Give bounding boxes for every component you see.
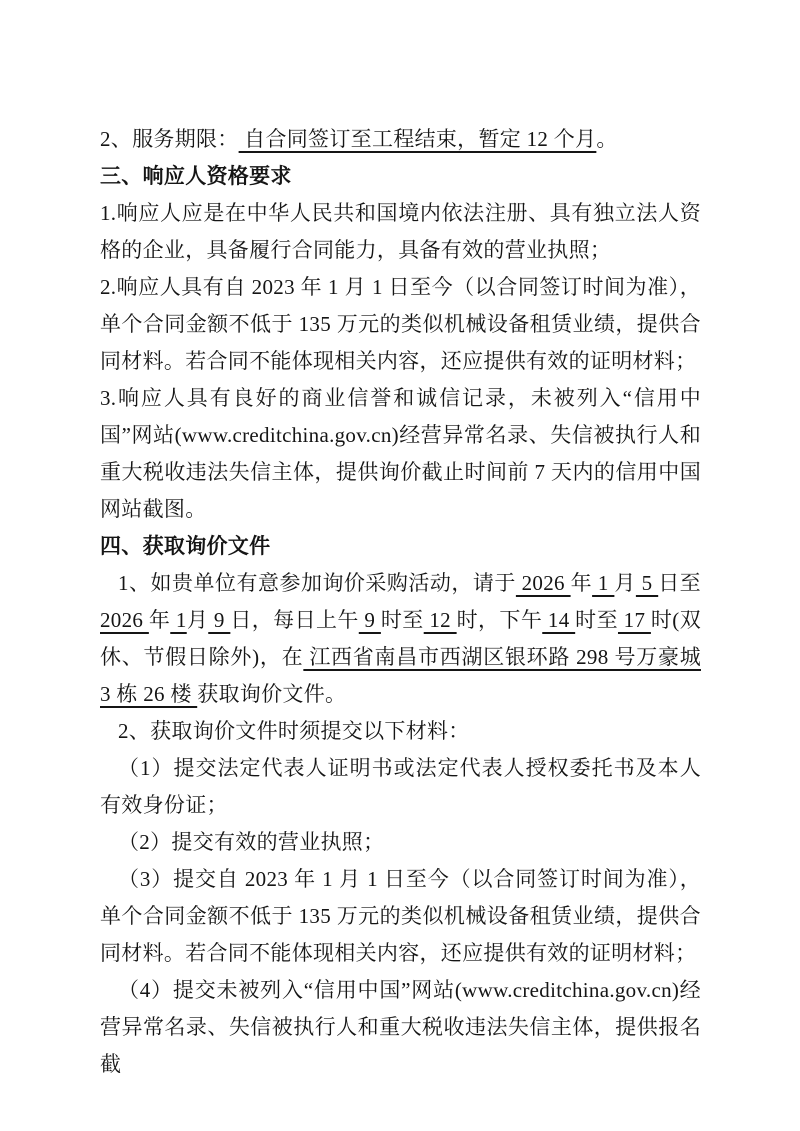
text-run: 。 [596,127,617,151]
text-run: 1.响应人应是在中华人民共和国境内依法注册、具有独立法人资格的企业，具备履行合同… [100,201,701,262]
section-heading: 四、获取询价文件 [100,528,701,565]
text-run: 2、获取询价文件时须提交以下材料： [118,719,470,743]
fill-in-blank-value: 9 [359,608,381,632]
section-heading: 三、响应人资格要求 [100,158,701,195]
text-run: 时至 [575,608,618,632]
paragraph: （1）提交法定代表人证明书或法定代表人授权委托书及本人有效身份证； [100,750,701,824]
paragraph: （3）提交自 2023 年 1 月 1 日至今（以合同签订时间为准），单个合同金… [100,861,701,972]
text-run: 3.响应人具有良好的商业信誉和诚信记录，未被列入“信用中国”网站(www.cre… [100,386,701,521]
text-run: 时，下午 [457,608,543,632]
fill-in-blank-value: 2026 [516,571,571,595]
text-run: 获取询价文件。 [197,682,346,706]
text-run: 日至 [658,571,701,595]
text-run: 四、获取询价文件 [100,534,270,558]
fill-in-blank-value: 2026 [100,608,149,632]
paragraph: 1.响应人应是在中华人民共和国境内依法注册、具有独立法人资格的企业，具备履行合同… [100,195,701,269]
text-run: 月 [614,571,636,595]
fill-in-blank-value: 自合同签订至工程结束，暂定 12 个月 [239,127,597,151]
paragraph: 1、如贵单位有意参加询价采购活动，请于 2026 年 1 月 5 日至 2026… [100,565,701,713]
text-run: 2.响应人具有自 2023 年 1 月 1 日至今（以合同签订时间为准），单个合… [100,275,701,373]
paragraph: 2.响应人具有自 2023 年 1 月 1 日至今（以合同签订时间为准），单个合… [100,269,701,380]
paragraph: 2、服务期限： 自合同签订至工程结束，暂定 12 个月。 [100,121,701,158]
paragraph: 3.响应人具有良好的商业信誉和诚信记录，未被列入“信用中国”网站(www.cre… [100,380,701,528]
text-run: 年 [571,571,593,595]
fill-in-blank-value: 12 [424,608,457,632]
fill-in-blank-value: 17 [618,608,651,632]
text-run: 月 [187,608,209,632]
text-run: 时至 [381,608,424,632]
fill-in-blank-value: 5 [636,571,658,595]
text-run: 年 [149,608,170,632]
text-run: （4）提交未被列入“信用中国”网站(www.creditchina.gov.cn… [100,978,701,1076]
text-run: 三、响应人资格要求 [100,164,292,188]
paragraph: （4）提交未被列入“信用中国”网站(www.creditchina.gov.cn… [100,972,701,1083]
text-run: （1）提交法定代表人证明书或法定代表人授权委托书及本人有效身份证； [100,756,701,817]
document-body: 2、服务期限： 自合同签订至工程结束，暂定 12 个月。三、响应人资格要求1.响… [100,121,701,1083]
fill-in-blank-value: 1 [592,571,614,595]
fill-in-blank-value: 9 [208,608,230,632]
text-run: 1、如贵单位有意参加询价采购活动，请于 [118,571,516,595]
text-run: （3）提交自 2023 年 1 月 1 日至今（以合同签订时间为准），单个合同金… [100,867,701,965]
text-run: 日，每日上午 [230,608,358,632]
text-run: 2、服务期限： [100,127,239,151]
fill-in-blank-value: 14 [542,608,575,632]
paragraph: （2）提交有效的营业执照； [100,824,701,861]
text-run: （2）提交有效的营业执照； [118,830,384,854]
fill-in-blank-value: 1 [170,608,186,632]
paragraph: 2、获取询价文件时须提交以下材料： [100,713,701,750]
